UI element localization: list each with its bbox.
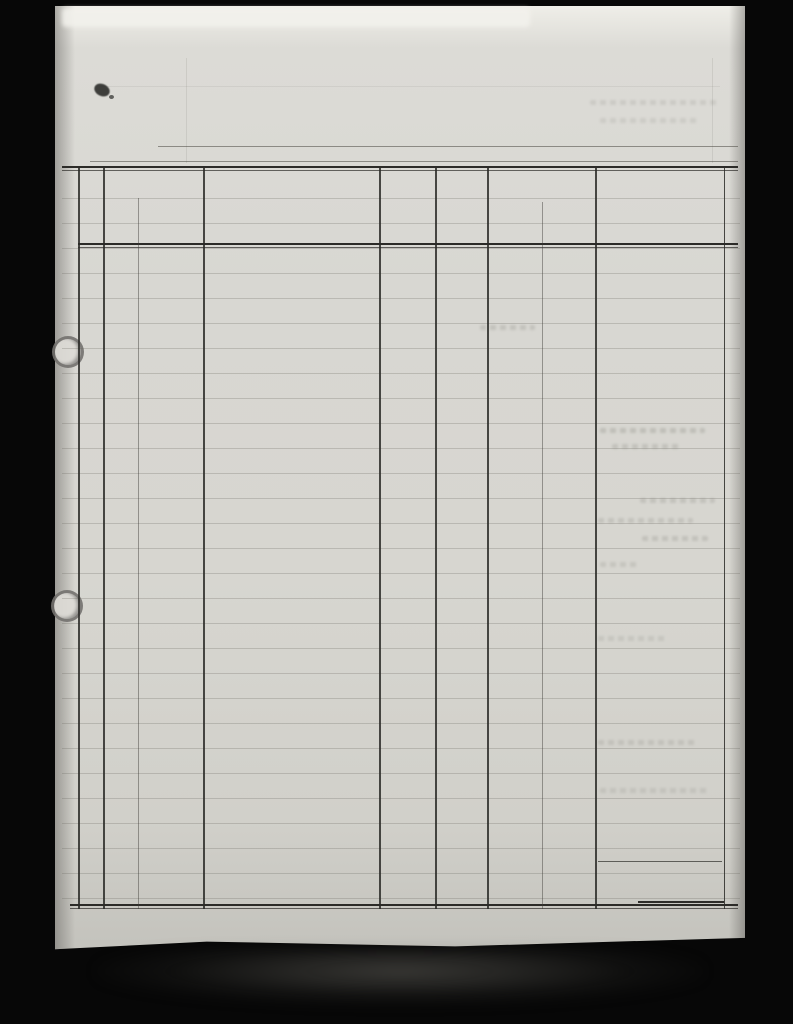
column-line-faint [138,198,139,909]
paper-bottom-shadow [95,948,705,1006]
column-line [203,168,205,909]
column-line [103,168,105,909]
form-rule [90,161,738,162]
column-line-faint [542,202,543,909]
column-line [487,168,489,909]
remark-underline [598,861,722,862]
form-rule [158,146,738,147]
kriegsrangliste-table [78,168,725,909]
column-line [379,168,381,909]
column-line [78,168,80,909]
anmerkung-note [240,910,254,921]
column-line [724,168,726,909]
remark-underline [638,901,724,903]
column-line [595,168,597,909]
scanned-document-photo [0,0,793,1024]
ink-smudge [109,95,114,99]
paper-top-edge [62,8,530,27]
column-line [435,168,437,909]
